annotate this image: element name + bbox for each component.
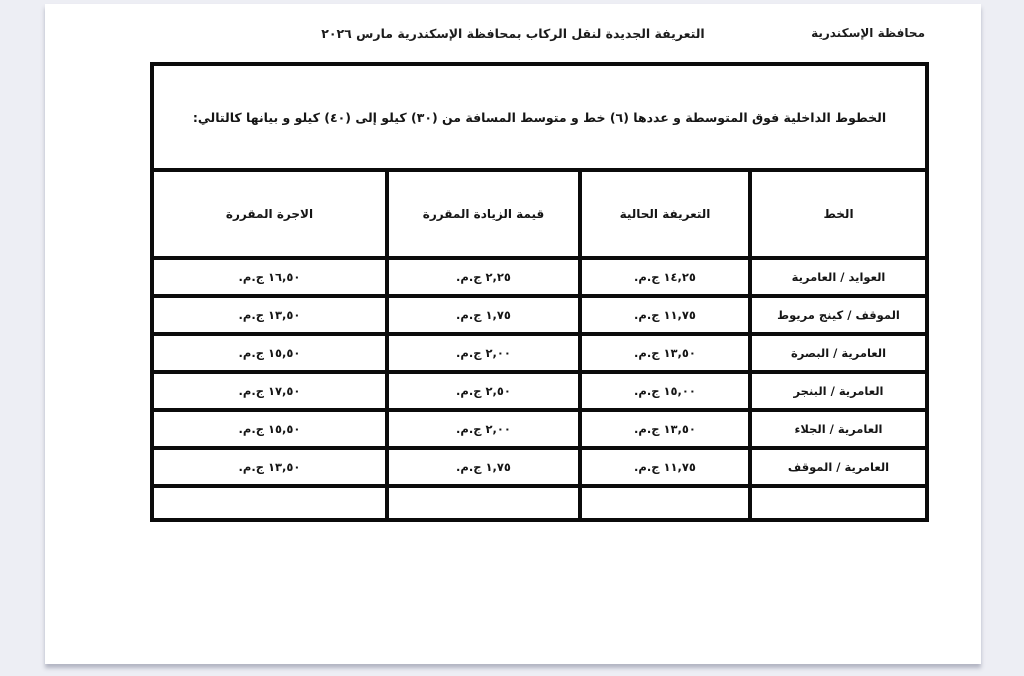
tariff-table: الخطوط الداخلية فوق المتوسطة و عددها (٦)…	[150, 62, 929, 522]
cell-increase: ٢,٠٠ ج.م.	[387, 410, 580, 448]
cell-line: العوايد / العامرية	[750, 258, 927, 296]
table-row: العامرية / البنجر ١٥,٠٠ ج.م. ٢,٥٠ ج.م. ١…	[152, 372, 927, 410]
cell-line: العامرية / الجلاء	[750, 410, 927, 448]
cell-line: العامرية / البصرة	[750, 334, 927, 372]
cell-line: العامرية / الموقف	[750, 448, 927, 486]
cell-current-tariff: ١٣,٥٠ ج.م.	[580, 410, 750, 448]
cell-fare: ١٦,٥٠ ج.م.	[152, 258, 387, 296]
cell-fare: ١٣,٥٠ ج.م.	[152, 448, 387, 486]
cell-current-tariff: ١٥,٠٠ ج.م.	[580, 372, 750, 410]
table-row: العوايد / العامرية ١٤,٢٥ ج.م. ٢,٢٥ ج.م. …	[152, 258, 927, 296]
column-header-increase: قيمة الزيادة المقررة	[387, 170, 580, 258]
cell-fare: ١٧,٥٠ ج.م.	[152, 372, 387, 410]
document-title: التعريفة الجديدة لنقل الركاب بمحافظة الإ…	[45, 26, 981, 41]
cell-current-tariff-empty	[580, 486, 750, 520]
table-header-row: الخط التعريفة الحالية قيمة الزيادة المقر…	[152, 170, 927, 258]
table-row: العامرية / البصرة ١٣,٥٠ ج.م. ٢,٠٠ ج.م. ١…	[152, 334, 927, 372]
table-caption-row: الخطوط الداخلية فوق المتوسطة و عددها (٦)…	[152, 64, 927, 170]
cell-increase: ١,٧٥ ج.م.	[387, 448, 580, 486]
cell-increase: ٢,٠٠ ج.م.	[387, 334, 580, 372]
document-page: محافظة الإسكندرية التعريفة الجديدة لنقل …	[45, 4, 981, 664]
cell-current-tariff: ١٤,٢٥ ج.م.	[580, 258, 750, 296]
cell-line: العامرية / البنجر	[750, 372, 927, 410]
table-row: العامرية / الجلاء ١٣,٥٠ ج.م. ٢,٠٠ ج.م. ١…	[152, 410, 927, 448]
cell-increase: ١,٧٥ ج.م.	[387, 296, 580, 334]
table-row: العامرية / الموقف ١١,٧٥ ج.م. ١,٧٥ ج.م. ١…	[152, 448, 927, 486]
cell-increase: ٢,٢٥ ج.م.	[387, 258, 580, 296]
cell-current-tariff: ١١,٧٥ ج.م.	[580, 448, 750, 486]
cell-increase: ٢,٥٠ ج.م.	[387, 372, 580, 410]
cell-fare: ١٣,٥٠ ج.م.	[152, 296, 387, 334]
cell-line: الموقف / كينج مريوط	[750, 296, 927, 334]
cell-increase-empty	[387, 486, 580, 520]
table-row: الموقف / كينج مريوط ١١,٧٥ ج.م. ١,٧٥ ج.م.…	[152, 296, 927, 334]
cell-current-tariff: ١٣,٥٠ ج.م.	[580, 334, 750, 372]
cell-fare: ١٥,٥٠ ج.م.	[152, 410, 387, 448]
column-header-fare: الاجرة المقررة	[152, 170, 387, 258]
cell-fare: ١٥,٥٠ ج.م.	[152, 334, 387, 372]
column-header-line: الخط	[750, 170, 927, 258]
table-empty-row	[152, 486, 927, 520]
table-caption: الخطوط الداخلية فوق المتوسطة و عددها (٦)…	[152, 64, 927, 170]
cell-fare-empty	[152, 486, 387, 520]
cell-line-empty	[750, 486, 927, 520]
cell-current-tariff: ١١,٧٥ ج.م.	[580, 296, 750, 334]
column-header-current-tariff: التعريفة الحالية	[580, 170, 750, 258]
